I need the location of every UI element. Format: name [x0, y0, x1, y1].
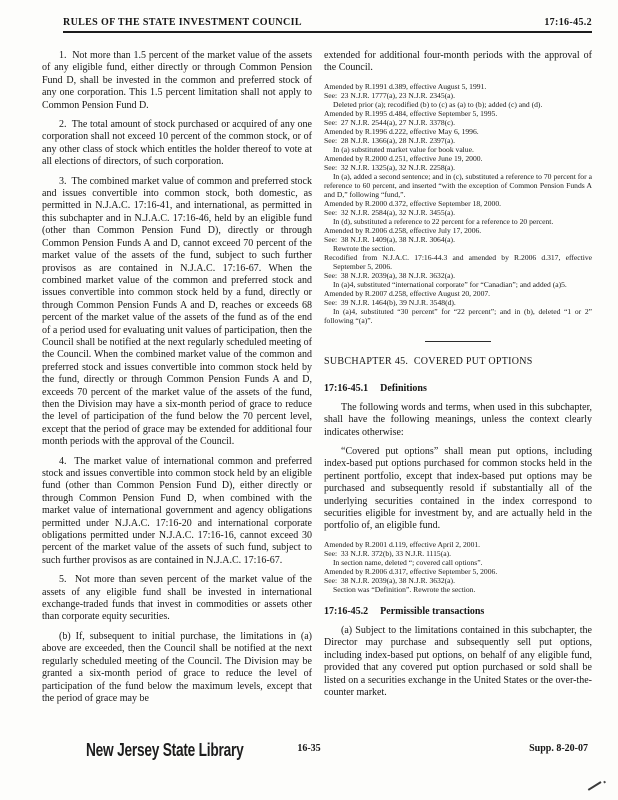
history-line: Amended by R.2006 d.258, effective July … [324, 226, 592, 235]
history-line: In (d), substituted a reference to 22 pe… [324, 217, 592, 226]
paragraph-definitions-intro: The following words and terms, when used… [324, 402, 592, 439]
history-line: See: 27 N.J.R. 2544(a), 27 N.J.R. 3378(c… [324, 118, 592, 127]
history-line: Amended by R.2000 d.251, effective June … [324, 154, 592, 163]
history-line: Rewrote the section. [324, 244, 592, 253]
history-line: Recodified from N.J.A.C. 17:16-44.3 and … [324, 253, 592, 271]
history-notes-section-45-1: Amended by R.2001 d.119, effective April… [324, 540, 592, 594]
right-column: extended for additional four-month perio… [324, 50, 592, 712]
history-line: Deleted prior (a); recodified (b) to (c)… [324, 100, 592, 109]
section-heading-45-1: 17:16-45.1Definitions [324, 383, 592, 394]
paragraph-b-continuation: extended for additional four-month perio… [324, 50, 592, 75]
history-line: See: 38 N.J.R. 2039(a), 38 N.J.R. 3632(a… [324, 271, 592, 280]
section-heading-45-2: 17:16-45.2Permissible transactions [324, 606, 592, 617]
running-title: RULES OF THE STATE INVESTMENT COUNCIL [63, 17, 302, 28]
paragraph-covered-put-definition: “Covered put options” shall mean put opt… [324, 446, 592, 533]
paragraph-permissible-a: (a) Subject to the limitations contained… [324, 625, 592, 699]
history-line: See: 23 N.J.R. 1777(a), 23 N.J.R. 2345(a… [324, 91, 592, 100]
history-line: See: 39 N.J.R. 1464(b), 39 N.J.R. 3548(d… [324, 298, 592, 307]
header-section-reference: 17:16-45.2 [544, 17, 592, 28]
paragraph-a1: 1. Not more than 1.5 percent of the mark… [42, 50, 312, 112]
document-page: RULES OF THE STATE INVESTMENT COUNCIL 17… [0, 0, 618, 800]
scan-artifact-mark [588, 781, 602, 790]
paragraph-a2: 2. The total amount of stock purchased o… [42, 119, 312, 169]
history-line: See: 38 N.J.R. 1409(a), 38 N.J.R. 3064(a… [324, 235, 592, 244]
history-line: See: 28 N.J.R. 1366(a), 28 N.J.R. 2397(a… [324, 136, 592, 145]
paragraph-b: (b) If, subsequent to initial purchase, … [42, 631, 312, 705]
two-column-body: 1. Not more than 1.5 percent of the mark… [42, 50, 592, 712]
page-number: 16-35 [0, 743, 618, 754]
history-line: In (a)4, substituted “international corp… [324, 280, 592, 289]
history-notes-section-44-6: Amended by R.1991 d.389, effective Augus… [324, 82, 592, 325]
history-line: In (a), added a second sentence; and in … [324, 172, 592, 199]
history-line: In (a) substituted market value for book… [324, 145, 592, 154]
subchapter-heading: SUBCHAPTER 45. COVERED PUT OPTIONS [324, 356, 592, 367]
left-column: 1. Not more than 1.5 percent of the mark… [42, 50, 312, 712]
history-line: Section was “Definition”. Rewrote the se… [324, 585, 592, 594]
history-line: See: 33 N.J.R. 372(b), 33 N.J.R. 1115(a)… [324, 549, 592, 558]
section-number: 17:16-45.2 [324, 606, 368, 617]
paragraph-a3: 3. The combined market value of common a… [42, 176, 312, 449]
page-header: RULES OF THE STATE INVESTMENT COUNCIL 17… [63, 17, 592, 33]
history-line: In section name, deleted “; covered call… [324, 558, 592, 567]
history-line: See: 38 N.J.R. 2039(a), 38 N.J.R. 3632(a… [324, 576, 592, 585]
section-divider-rule [425, 341, 491, 342]
section-number: 17:16-45.1 [324, 383, 368, 394]
supplement-date: Supp. 8-20-07 [529, 743, 588, 754]
history-line: Amended by R.2006 d.317, effective Septe… [324, 567, 592, 576]
history-line: Amended by R.1995 d.484, effective Septe… [324, 109, 592, 118]
history-line: Amended by R.1991 d.389, effective Augus… [324, 82, 592, 91]
history-line: See: 32 N.J.R. 1325(a), 32 N.J.R. 2258(a… [324, 163, 592, 172]
paragraph-a5: 5. Not more than seven percent of the ma… [42, 574, 312, 624]
section-title: Definitions [380, 383, 427, 394]
section-title: Permissible transactions [380, 606, 484, 617]
paragraph-a4: 4. The market value of international com… [42, 456, 312, 568]
history-line: See: 32 N.J.R. 2584(a), 32 N.J.R. 3455(a… [324, 208, 592, 217]
history-line: Amended by R.2000 d.372, effective Septe… [324, 199, 592, 208]
history-line: In (a)4, substituted “30 percent” for “2… [324, 307, 592, 325]
history-line: Amended by R.2007 d.258, effective Augus… [324, 289, 592, 298]
history-line: Amended by R.1996 d.222, effective May 6… [324, 127, 592, 136]
history-line: Amended by R.2001 d.119, effective April… [324, 540, 592, 549]
